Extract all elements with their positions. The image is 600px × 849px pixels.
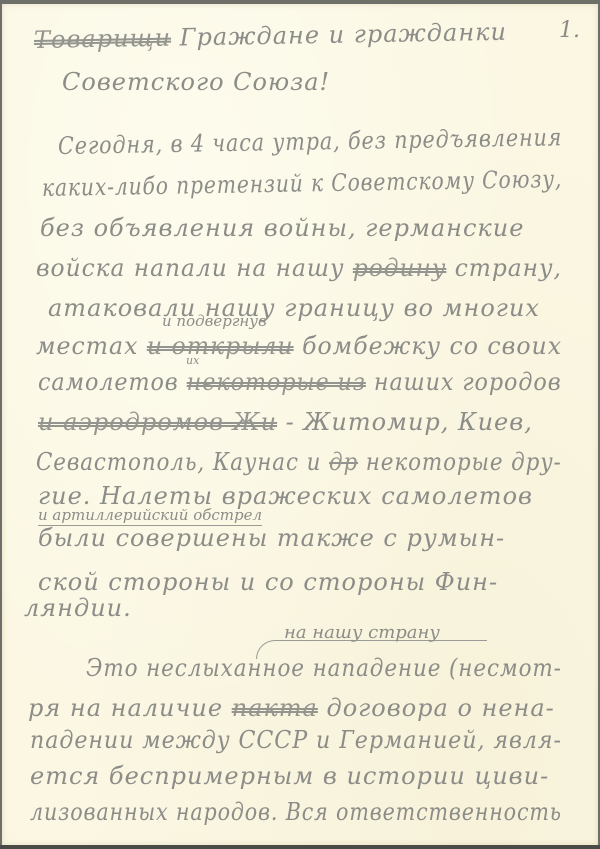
struck-word: и аэродромов Жи <box>38 408 277 436</box>
line-text: были совершены также с румын- <box>38 524 505 552</box>
struck-word: др <box>329 448 358 476</box>
manuscript-line-17: ря на наличие пакта договора о нена- <box>28 694 555 722</box>
manuscript-line-16: Это неслыханное нападение (несмот- <box>86 654 562 682</box>
insert-text: на нашу страну <box>284 622 440 643</box>
line-text: атаковали нашу границу во многих <box>48 294 540 322</box>
insert-text: и подвергнув <box>162 312 267 330</box>
line-text: договора о нена- <box>318 694 555 722</box>
scan-frame: 1. Товарищи Граждане и гражданки Советск… <box>0 0 600 849</box>
manuscript-line-8: местах и открыли бомбежку со своих <box>36 332 562 360</box>
line-text: - Житомир, Киев, <box>277 408 533 436</box>
manuscript-page: 1. Товарищи Граждане и гражданки Советск… <box>2 4 598 845</box>
line-text: местах <box>36 332 147 360</box>
manuscript-line-2: Советского Союза! <box>62 68 330 96</box>
insert-text: их <box>186 354 199 367</box>
line-text: ря на наличие <box>28 694 232 722</box>
line-text: лизованных народов. Вся ответственность <box>30 798 562 826</box>
line-text: войска напали на нашу <box>36 254 353 282</box>
line-text: Это неслыханное нападение (несмот- <box>86 654 562 682</box>
manuscript-line-10: и аэродромов Жи - Житомир, Киев, <box>38 408 533 436</box>
struck-word: некоторые из <box>187 368 366 396</box>
manuscript-line-19: ется беспримерным в истории циви- <box>30 762 549 790</box>
struck-word: родину <box>353 254 447 282</box>
line-text: ется беспримерным в истории циви- <box>30 762 549 790</box>
line-text: самолетов <box>38 368 187 396</box>
line-text: падении между СССР и Германией, явля- <box>30 726 562 754</box>
manuscript-line-1: Товарищи Граждане и гражданки <box>34 18 507 54</box>
manuscript-line-14: ской стороны и со стороны Фин- <box>38 568 498 596</box>
page-number: 1. <box>559 18 580 43</box>
scan-bottom-edge <box>0 845 600 849</box>
manuscript-line-9: самолетов некоторые из наших городов <box>38 368 562 396</box>
manuscript-line-3: Сегодня, в 4 часа утра, без предъявления <box>58 123 563 160</box>
manuscript-line-18: падении между СССР и Германией, явля- <box>30 726 562 754</box>
insert-text: и артиллерийский обстрел <box>38 506 262 526</box>
line-text: наших городов <box>366 368 562 396</box>
manuscript-line-20: лизованных народов. Вся ответственность <box>30 798 562 826</box>
line-text: бомбежку со своих <box>294 332 562 360</box>
manuscript-line-7: атаковали нашу границу во многих <box>48 294 540 322</box>
line-text: без объявления войны, германские <box>40 214 524 242</box>
manuscript-line-5: без объявления войны, германские <box>40 214 524 242</box>
line-text: каких-либо претензий к Советскому Союзу, <box>42 165 563 202</box>
line-text: Сегодня, в 4 часа утра, без предъявления <box>58 123 563 160</box>
line-text: Советского Союза! <box>62 68 330 96</box>
line-text: Севастополь, Каунас и <box>36 448 329 476</box>
line-text: некоторые дру- <box>358 448 562 476</box>
manuscript-line-13: были совершены также с румын- <box>38 524 505 552</box>
manuscript-line-6: войска напали на нашу родину страну, <box>36 254 562 282</box>
line-text: страну, <box>446 254 562 282</box>
manuscript-line-15: ляндии. <box>24 594 132 622</box>
struck-word: Товарищи <box>34 24 172 54</box>
line-text: Граждане и гражданки <box>171 18 507 52</box>
struck-word: пакта <box>232 694 318 722</box>
line-text: ской стороны и со стороны Фин- <box>38 568 498 596</box>
struck-word: и открыли <box>147 332 294 360</box>
manuscript-line-4: каких-либо претензий к Советскому Союзу, <box>42 165 563 202</box>
manuscript-line-11: Севастополь, Каунас и др некоторые дру- <box>36 448 562 476</box>
line-text: ляндии. <box>24 594 132 622</box>
